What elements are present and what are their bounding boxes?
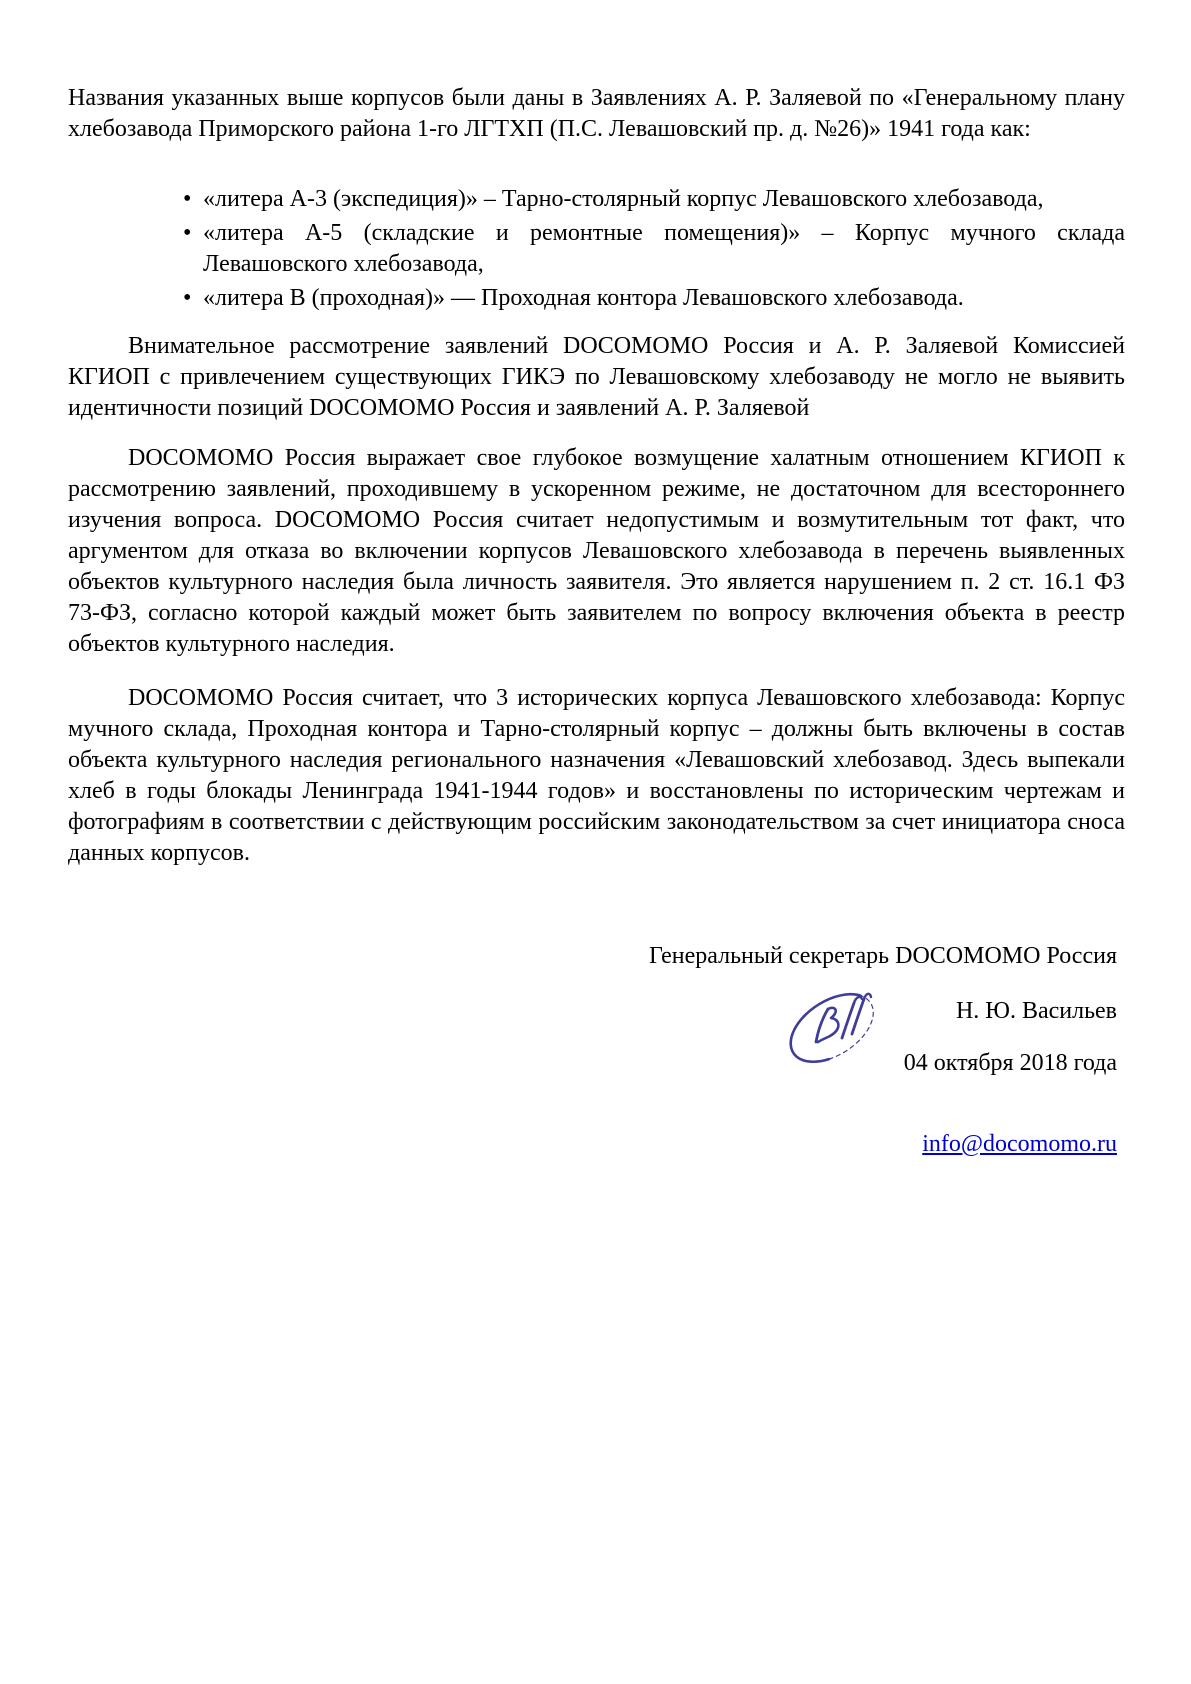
list-item-litera-v: «литера В (проходная)» — Проходная конто… xyxy=(203,283,1125,314)
paragraph-intro: Названия указанных выше корпусов были да… xyxy=(68,83,1125,145)
paragraph-outrage: DOCOMOMO Россия выражает свое глубокое в… xyxy=(68,443,1125,660)
signatory-role: Генеральный секретарь DOCOMOMO Россия xyxy=(68,941,1117,972)
email-link[interactable]: info@docomomo.ru xyxy=(922,1131,1117,1157)
handwritten-signature-icon xyxy=(785,986,885,1072)
signature-block: Генеральный секретарь DOCOMOMO Россия Н.… xyxy=(68,941,1125,1160)
signatory-name: Н. Ю. Васильев xyxy=(68,996,1117,1027)
list-item-litera-a5: «литера А-5 (складские и ремонтные помещ… xyxy=(203,218,1125,280)
bullet-list: «литера А-3 (экспедиция)» – Тарно-столяр… xyxy=(68,184,1125,314)
document-page: Названия указанных выше корпусов были да… xyxy=(0,0,1191,1684)
paragraph-review: Внимательное рассмотрение заявлений DOCO… xyxy=(68,331,1125,424)
paragraph-demand: DOCOMOMO Россия считает, что 3 историчес… xyxy=(68,683,1125,869)
list-item-litera-a3: «литера А-3 (экспедиция)» – Тарно-столяр… xyxy=(203,184,1125,215)
email-line: info@docomomo.ru xyxy=(68,1129,1117,1160)
signature-date: 04 октября 2018 года xyxy=(68,1048,1117,1079)
